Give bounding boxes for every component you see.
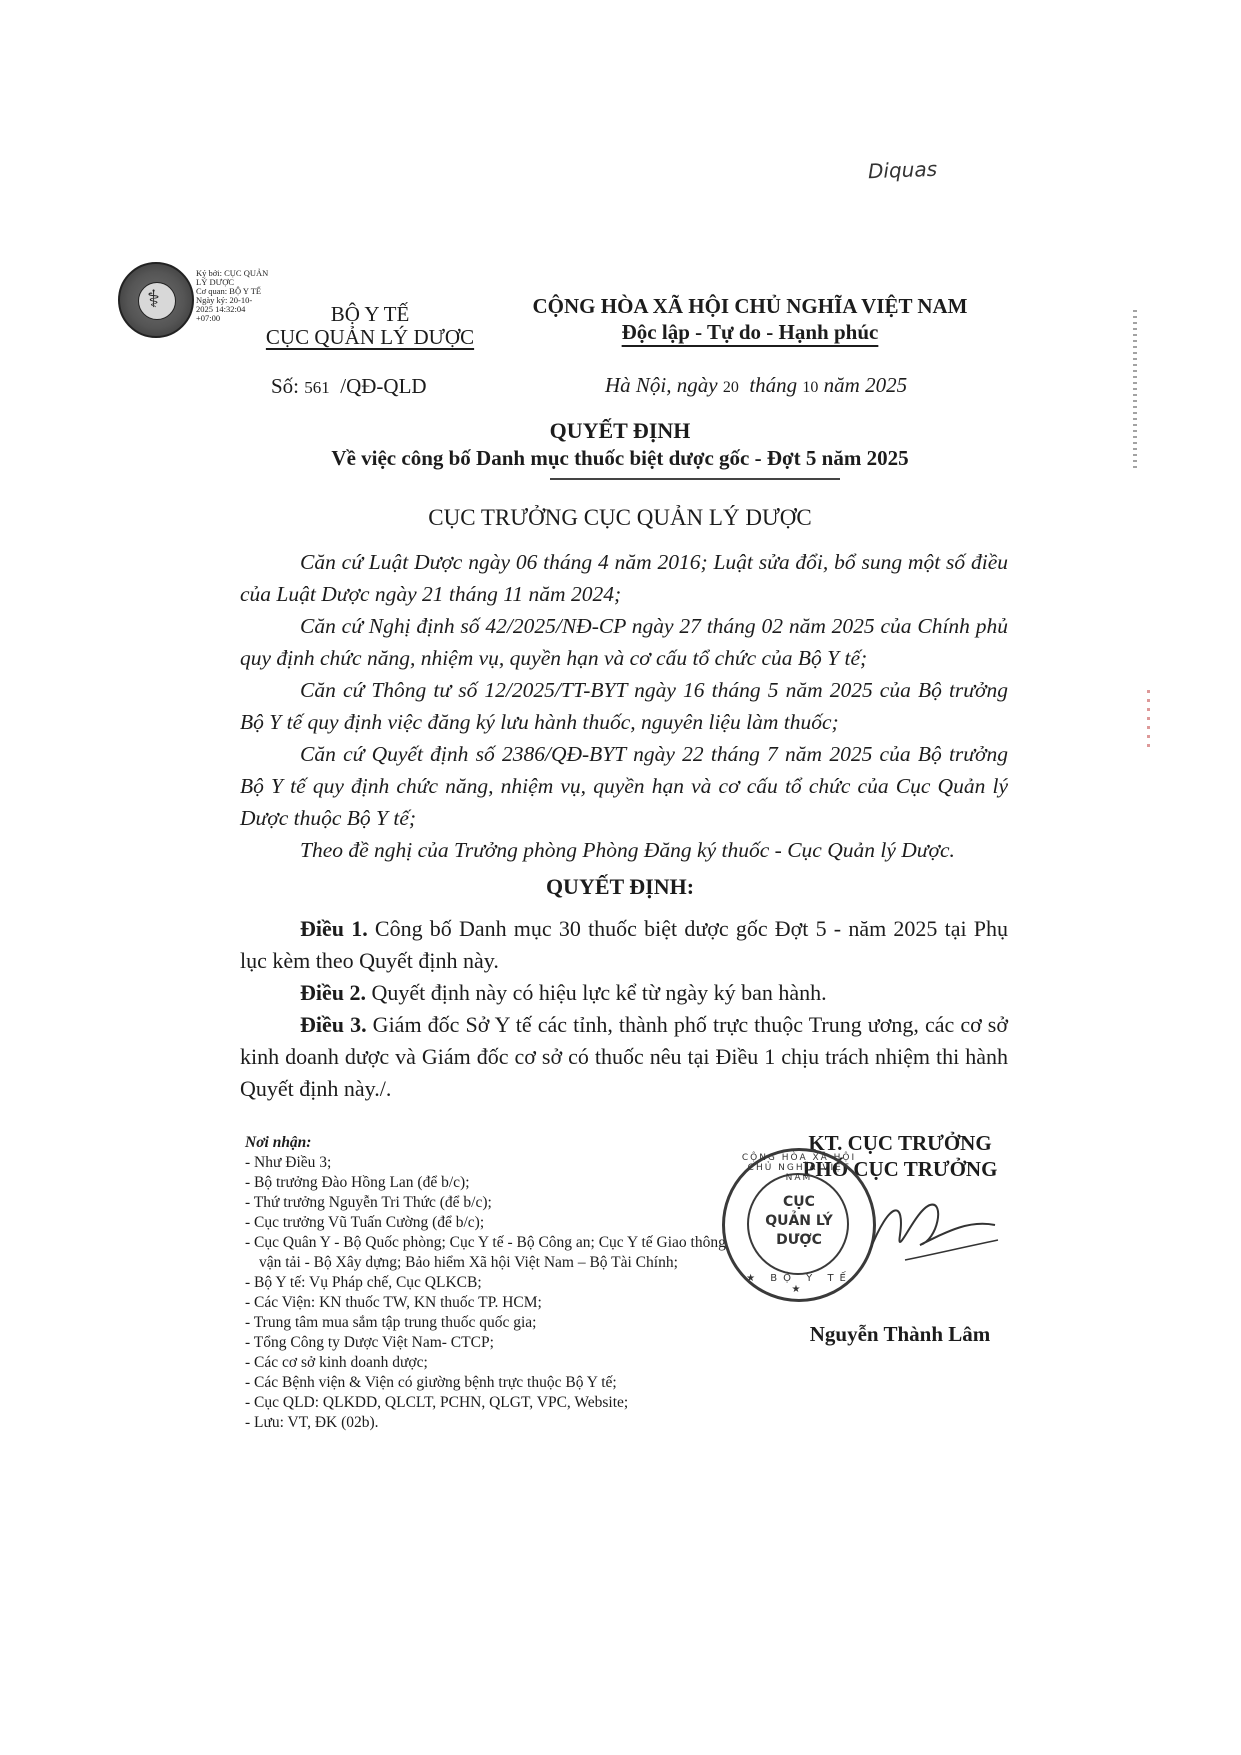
legal-basis: Căn cứ Luật Dược ngày 06 tháng 4 năm 201… xyxy=(240,546,1008,610)
doc-number-value: 561 xyxy=(304,378,330,397)
stamp-line: DƯỢC xyxy=(747,1231,851,1250)
recipient-item: - Các Viện: KN thuốc TW, KN thuốc TP. HC… xyxy=(245,1293,735,1313)
article-3: Điều 3. Giám đốc Sở Y tế các tỉnh, thành… xyxy=(240,1009,1008,1105)
stamp-center: CỤC QUẢN LÝ DƯỢC xyxy=(747,1193,851,1250)
subject-underline xyxy=(550,478,840,480)
article-text: Quyết định này có hiệu lực kể từ ngày ký… xyxy=(366,980,827,1005)
articles: Điều 1. Công bố Danh mục 30 thuốc biệt d… xyxy=(240,913,1008,1105)
article-1: Điều 1. Công bố Danh mục 30 thuốc biệt d… xyxy=(240,913,1008,977)
issuing-authority: CỤC TRƯỞNG CỤC QUẢN LÝ DƯỢC xyxy=(240,505,1000,531)
recipient-item: - Cục QLD: QLKDD, QLCLT, PCHN, QLGT, VPC… xyxy=(245,1393,735,1413)
article-label: Điều 3. xyxy=(300,1012,367,1037)
handwritten-signature-icon xyxy=(860,1190,1000,1270)
place-date: Hà Nội, ngày 20 tháng 10 năm 2025 xyxy=(605,373,907,398)
agency-name-text: CỤC QUẢN LÝ DƯỢC xyxy=(266,325,474,349)
recipient-item: - Như Điều 3; xyxy=(245,1153,735,1173)
document-number: Số: 561 /QĐ-QLD xyxy=(271,374,427,399)
article-label: Điều 2. xyxy=(300,980,366,1005)
recipient-item: - Các cơ sở kinh doanh dược; xyxy=(245,1353,735,1373)
ministry-name: BỘ Y TẾ xyxy=(240,302,500,327)
legal-basis: Căn cứ Nghị định số 42/2025/NĐ-CP ngày 2… xyxy=(240,610,1008,674)
agency-name: CỤC QUẢN LÝ DƯỢC xyxy=(240,325,500,350)
signer-name: Nguyễn Thành Lâm xyxy=(760,1322,1040,1347)
stamp-line: QUẢN LÝ xyxy=(747,1212,851,1231)
article-label: Điều 1. xyxy=(300,916,368,941)
place-label: Hà Nội, ngày xyxy=(605,373,718,397)
month-value: 10 xyxy=(802,379,818,396)
legal-basis: Theo đề nghị của Trưởng phòng Phòng Đăng… xyxy=(240,834,1008,866)
recipient-item: - Tổng Công ty Dược Việt Nam- CTCP; xyxy=(245,1333,735,1353)
recipient-item: - Các Bệnh viện & Viện có giường bệnh tr… xyxy=(245,1373,735,1393)
decision-heading: QUYẾT ĐỊNH: xyxy=(240,874,1000,900)
recipient-item: - Cục trưởng Vũ Tuấn Cường (để b/c); xyxy=(245,1213,735,1233)
digital-signature-seal-icon xyxy=(118,262,194,338)
legal-basis: Căn cứ Quyết định số 2386/QĐ-BYT ngày 22… xyxy=(240,738,1008,834)
document-title: QUYẾT ĐỊNH xyxy=(240,418,1000,444)
doc-number-prefix: Số: xyxy=(271,374,299,398)
stamp-arc-bottom: ★ BỘ Y TẾ ★ xyxy=(735,1273,863,1295)
legal-bases: Căn cứ Luật Dược ngày 06 tháng 4 năm 201… xyxy=(240,546,1008,866)
doc-number-suffix: /QĐ-QLD xyxy=(340,374,426,398)
day-value: 20 xyxy=(723,379,739,396)
official-stamp-icon: CỘNG HÒA XÃ HỘI CHỦ NGHĨA VIỆT NAM CỤC Q… xyxy=(722,1148,876,1302)
recipient-item: - Cục Quân Y - Bộ Quốc phòng; Cục Y tế -… xyxy=(245,1233,735,1273)
recipients-heading: Nơi nhận: xyxy=(245,1133,735,1153)
legal-basis: Căn cứ Thông tư số 12/2025/TT-BYT ngày 1… xyxy=(240,674,1008,738)
recipient-item: - Trung tâm mua sắm tập trung thuốc quốc… xyxy=(245,1313,735,1333)
document-subject: Về việc công bố Danh mục thuốc biệt dược… xyxy=(240,446,1000,471)
recipient-item: - Thứ trưởng Nguyễn Tri Thức (để b/c); xyxy=(245,1193,735,1213)
stamp-arc-top: CỘNG HÒA XÃ HỘI CHỦ NGHĨA VIỆT NAM xyxy=(735,1153,863,1183)
recipient-item: - Bộ Y tế: Vụ Pháp chế, Cục QLKCB; xyxy=(245,1273,735,1293)
scan-artifact xyxy=(1133,310,1137,470)
recipients-list: Nơi nhận: - Như Điều 3; - Bộ trưởng Đào … xyxy=(245,1133,735,1433)
year-label: năm 2025 xyxy=(824,373,907,397)
recipient-item: - Lưu: VT, ĐK (02b). xyxy=(245,1413,735,1433)
nation-title: CỘNG HÒA XÃ HỘI CHỦ NGHĨA VIỆT NAM xyxy=(500,294,1000,319)
recipient-item: - Bộ trưởng Đào Hồng Lan (để b/c); xyxy=(245,1173,735,1193)
national-motto: Độc lập - Tự do - Hạnh phúc xyxy=(500,320,1000,345)
stamp-line: CỤC xyxy=(747,1193,851,1212)
handwritten-note: Diquas xyxy=(868,157,938,183)
month-label: tháng xyxy=(749,373,797,397)
scan-artifact xyxy=(1147,690,1150,750)
article-2: Điều 2. Quyết định này có hiệu lực kể từ… xyxy=(240,977,1008,1009)
